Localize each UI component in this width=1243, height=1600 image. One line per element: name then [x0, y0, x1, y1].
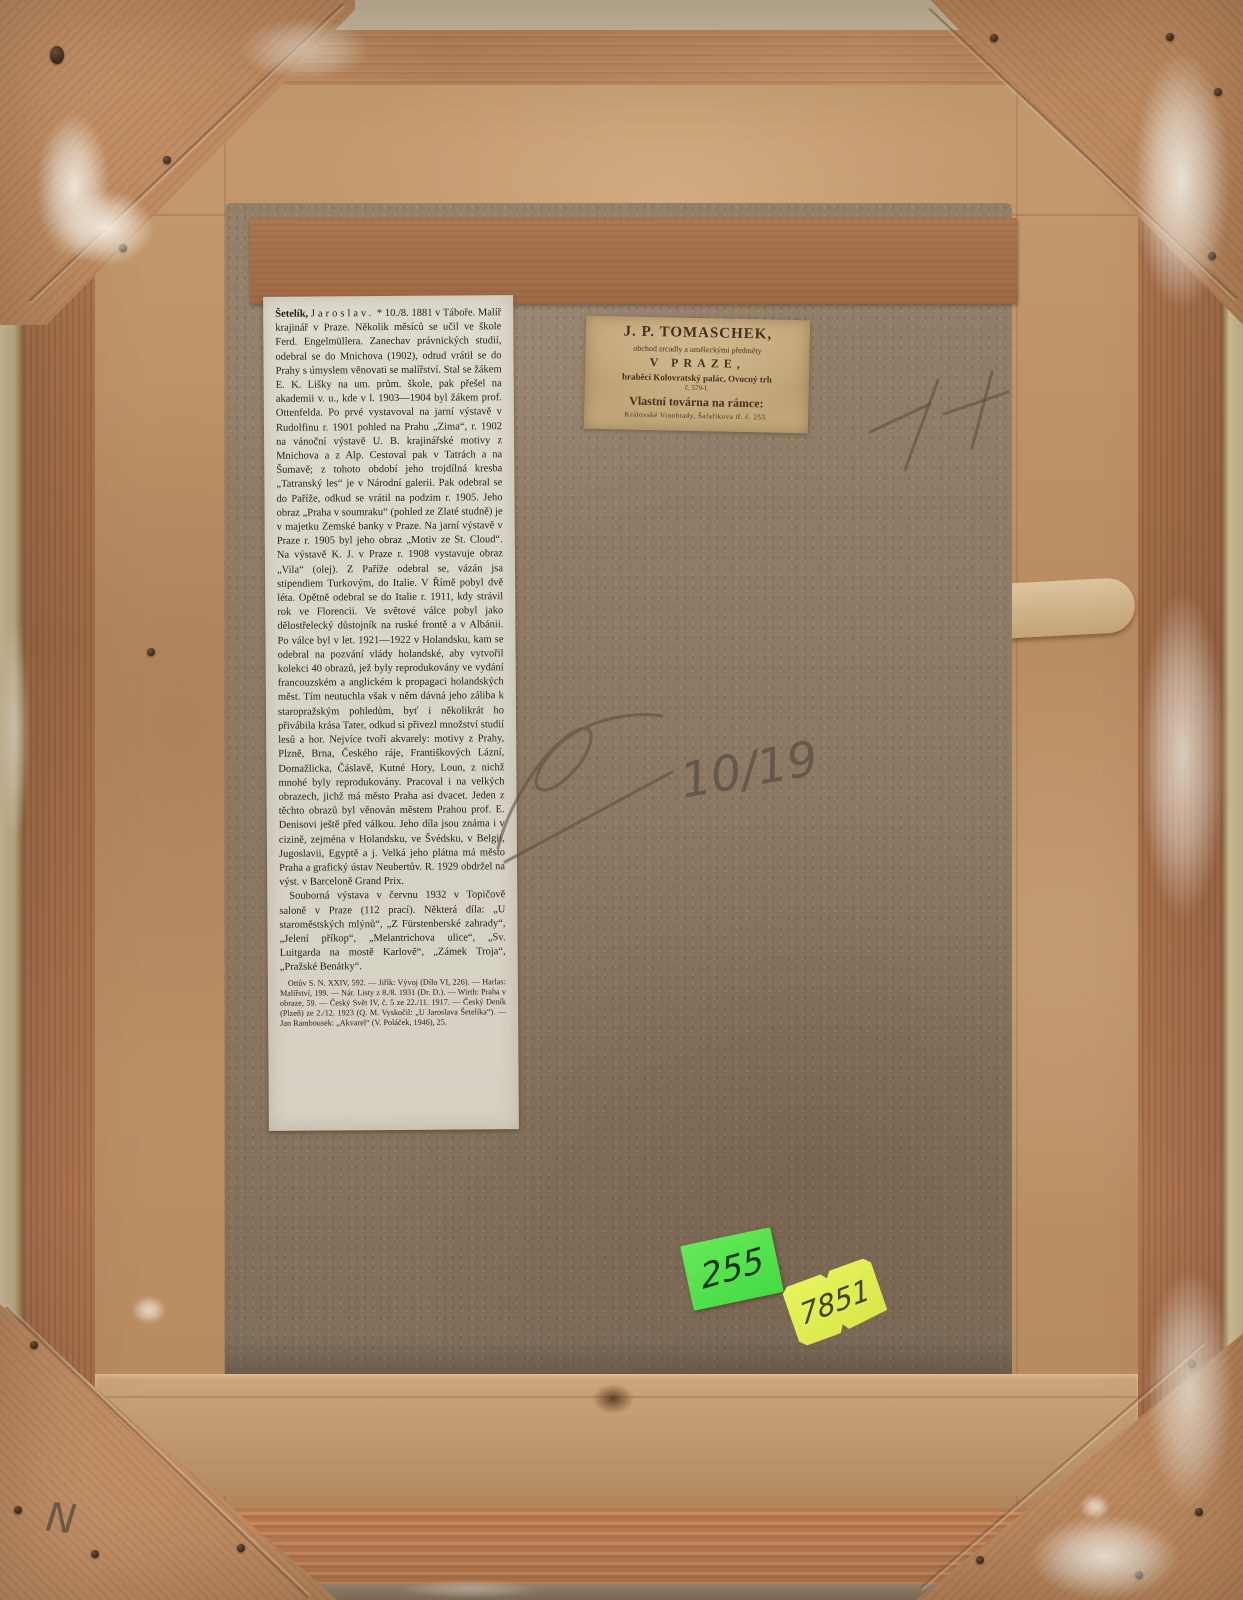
- clipping-paragraph-1: Šetelík, Jaroslav. * 10./8. 1881 v Táboř…: [275, 306, 505, 890]
- dark-knot: [50, 46, 64, 64]
- clipping-bibliography: Ottův S. N. XXIV, 592. — Jiřík: Vývoj (D…: [280, 977, 506, 1029]
- paint-smudge: [132, 1296, 166, 1324]
- dark-stain: [592, 1384, 634, 1414]
- paint-smudge: [1080, 1494, 1110, 1520]
- clipping-first-name: Jaroslav.: [311, 308, 374, 319]
- tape-band-top: [250, 218, 1018, 304]
- paint-smudge: [1140, 590, 1226, 920]
- paint-smudge: [1134, 50, 1230, 310]
- nail: [1166, 33, 1174, 41]
- paint-smudge: [1030, 1515, 1180, 1600]
- paint-smudge: [240, 18, 370, 80]
- nail: [163, 156, 171, 164]
- paint-smudge: [1146, 1270, 1234, 1510]
- board-bottom-shadow-band: [225, 1338, 1012, 1374]
- nail: [990, 34, 998, 42]
- nail: [91, 1550, 99, 1558]
- paint-smudge: [0, 620, 30, 840]
- label-city: V PRAZE,: [589, 354, 805, 374]
- clipping-paragraph-2: Souborná výstava v červnu 1932 v Topičov…: [279, 889, 506, 976]
- label-company-name: J. P. TOMASCHEK,: [590, 323, 806, 345]
- clipping-surname: Šetelík,: [275, 309, 308, 320]
- framed-painting-back-photo: Šetelík, Jaroslav. * 10./8. 1881 v Táboř…: [0, 0, 1243, 1600]
- framers-label: J. P. TOMASCHEK, obchod zrcadly a umělec…: [584, 316, 810, 434]
- nail: [30, 1341, 38, 1349]
- paint-smudge: [58, 190, 154, 266]
- nail: [147, 648, 155, 656]
- nail: [237, 1544, 245, 1552]
- paint-smudge: [400, 1580, 540, 1598]
- green-sticker-number: 255: [698, 1240, 766, 1298]
- nail: [14, 1506, 22, 1514]
- nail: [976, 1556, 984, 1564]
- label-factory-line: Vlastní továrna na rámce:: [588, 393, 804, 413]
- clipping-body-1: * 10./8. 1881 v Táboře. Malíř krajinář v…: [275, 307, 505, 888]
- newspaper-clipping: Šetelík, Jaroslav. * 10./8. 1881 v Táboř…: [263, 295, 519, 1131]
